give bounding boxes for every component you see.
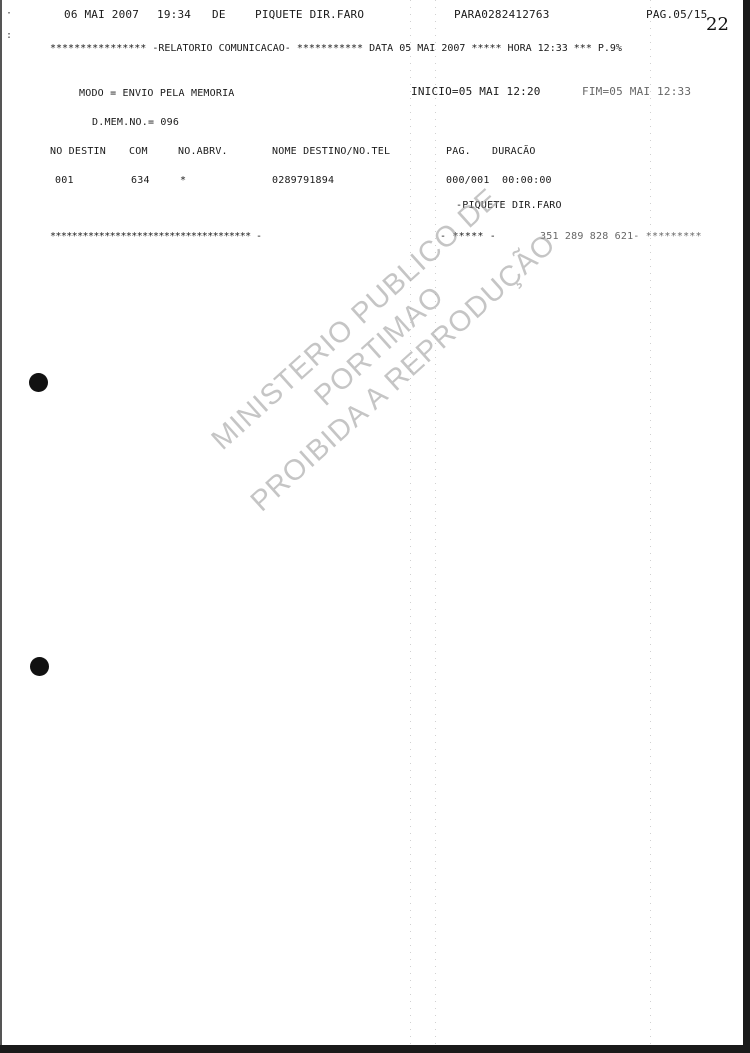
col-header-abbrev-no: NO.ABRV. (178, 145, 228, 158)
transmission-mode: MODO = ENVIO PELA MEMORIA (79, 87, 235, 100)
col-header-destination-name: NOME DESTINO/NO.TEL (272, 145, 390, 158)
margin-mark: · (6, 8, 12, 19)
scan-edge-bottom (0, 1045, 750, 1053)
fax-time: 19:34 (157, 8, 191, 21)
col-header-destination-no: NO DESTIN (50, 145, 106, 158)
punch-hole (29, 373, 48, 392)
cell-destination-tel: 0289791894 (272, 174, 334, 187)
footer-stars-left: ************************************* - (50, 230, 261, 243)
col-header-com: COM (129, 145, 148, 158)
cell-com: 634 (131, 174, 150, 187)
fax-recipient: PARA0282412763 (454, 8, 550, 21)
scan-edge-left (0, 0, 2, 1045)
fax-sender: PIQUETE DIR.FARO (255, 8, 364, 21)
scan-noise (650, 0, 651, 1045)
scan-edge-right (743, 0, 750, 1053)
watermark-line-1: MINISTERIO PUBLICO DE PORTIMAO (150, 132, 585, 533)
end-time: FIM=05 MAI 12:33 (582, 85, 691, 98)
punch-hole (30, 657, 49, 676)
watermark: MINISTERIO PUBLICO DE PORTIMAO PROIBIDA … (150, 132, 609, 560)
scan-noise (410, 0, 411, 1045)
handwritten-page-number: 22 (706, 14, 729, 35)
cell-abbrev-no: * (180, 174, 186, 187)
col-header-pages: PAG. (446, 145, 471, 158)
cell-destination-no: 001 (55, 174, 74, 187)
margin-mark: : (6, 30, 12, 41)
scan-noise (435, 0, 436, 1045)
fax-page-count: PAG.05/15 (646, 8, 707, 21)
fax-page: · : 06 MAI 2007 19:34 DE PIQUETE DIR.FAR… (0, 0, 743, 1045)
fax-from-label: DE (212, 8, 226, 21)
fax-date: 06 MAI 2007 (64, 8, 139, 21)
memory-number: D.MEM.NO.= 096 (92, 116, 179, 129)
start-time: INICIO=05 MAI 12:20 (411, 85, 541, 98)
report-title-line: **************** -RELATORIO COMUNICACAO-… (50, 42, 622, 55)
